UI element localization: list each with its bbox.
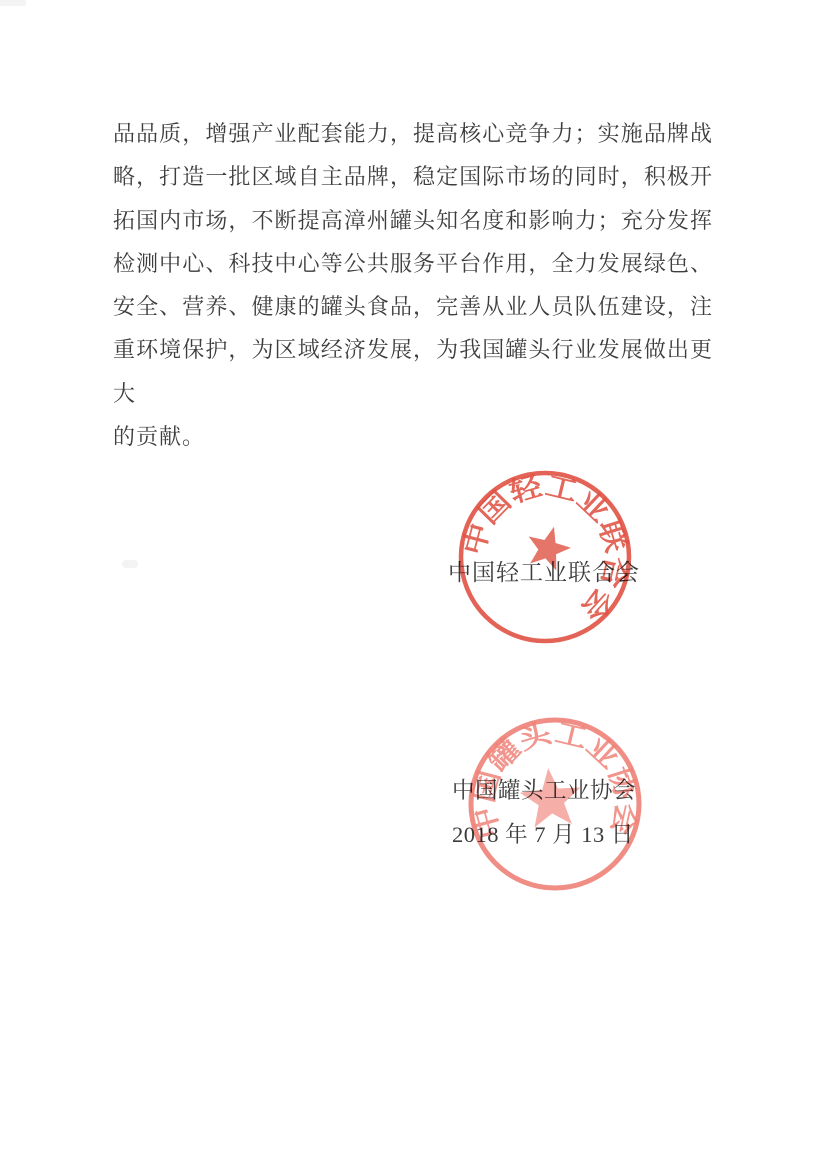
body-line: 检测中心、科技中心等公共服务平台作用，全力发展绿色、 [113,242,713,285]
body-line: 安全、营养、健康的罐头食品，完善从业人员队伍建设，注 [113,285,713,328]
body-line: 拓国内市场，不断提高漳州罐头知名度和影响力；充分发挥 [113,199,713,242]
seal-arc-text: 中国轻工业联合会 [458,470,634,627]
body-line: 略，打造一批区域自主品牌，稳定国际市场的同时，积极开 [113,155,713,198]
body-line: 重环境保护，为区域经济发展，为我国罐头行业发展做出更大 [113,328,713,415]
scan-corner-artifact [0,0,26,6]
scanned-document-page: 品品质，增强产业配套能力，提高核心竞争力；实施品牌战 略，打造一批区域自主品牌，… [0,0,827,1170]
signature-date: 2018 年 7 月 13 日 [452,817,634,849]
signature-org-canned-food: 中国罐头工业协会 [452,773,636,805]
signature-org-light-industry: 中国轻工业联合会 [448,554,640,587]
scan-smudge [122,560,138,568]
body-line: 品品质，增强产业配套能力，提高核心竞争力；实施品牌战 [113,112,713,155]
body-line: 的贡献。 [113,415,713,458]
body-paragraph: 品品质，增强产业配套能力，提高核心竞争力；实施品牌战 略，打造一批区域自主品牌，… [113,112,713,458]
